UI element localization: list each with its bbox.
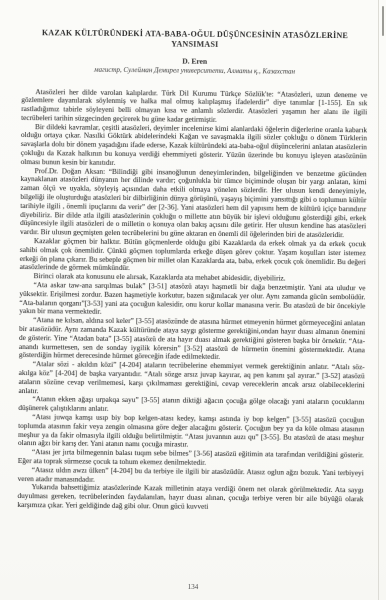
body-paragraph: Bir dildeki kavramlar, çeşitli atasözler… <box>21 123 367 170</box>
body-paragraph: “Atana ne kılsan, aldına sol keler” [3-5… <box>19 316 365 363</box>
body-paragraph: “Atası juwqa kamşı usıp biy bop kelgen-a… <box>18 413 364 452</box>
body-paragraph: Kazaklar göçmen bir halktır. Bütün göçme… <box>20 237 366 276</box>
page-number: 134 <box>0 581 386 593</box>
scan-edge-artifact <box>378 0 379 600</box>
body-paragraph: Prof.Dr. Doğan Aksan: “Bilindiği gibi in… <box>20 167 367 241</box>
body-paragraph: “Atalar sözi - akıldın közi” [4-204] ata… <box>18 360 364 399</box>
body-paragraph: “Ata askar taw-ana sarqılmas bulak” [3-5… <box>19 281 365 320</box>
page-content: KAZAK KÜLTÜRÜNDEKİ ATA-BABA-OĞUL DÜŞÜNCE… <box>17 28 368 513</box>
paper-title: KAZAK KÜLTÜRÜNDEKİ ATA-BABA-OĞUL DÜŞÜNCE… <box>22 28 368 51</box>
body-paragraph: Yukarıda bahsettiğimiz atasözlerinde Kaz… <box>17 483 363 513</box>
body-paragraph: Atasözleri her dilde varolan kalıplardır… <box>21 87 367 126</box>
paper-body: Atasözleri her dilde varolan kalıplardır… <box>17 87 367 513</box>
scan-smudge-artifact <box>382 6 384 36</box>
scanned-paper-page: KAZAK KÜLTÜRÜNDEKİ ATA-BABA-OĞUL DÜŞÜNCE… <box>0 0 386 600</box>
